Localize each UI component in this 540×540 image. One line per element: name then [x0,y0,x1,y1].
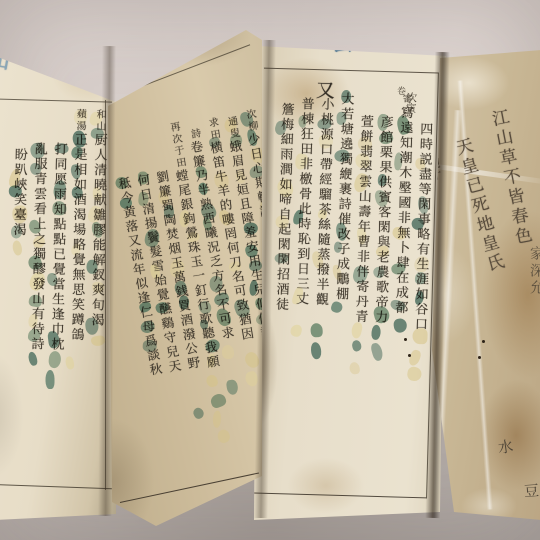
column-body: 盼趴峽笑臺渴 [10,147,27,237]
highlight-daub [191,406,205,421]
column-body: 寫遠知潮木壂國非無卜肆在成都 [392,105,413,315]
highlight-daub [212,411,221,429]
page1-frame-top-line [0,98,112,102]
fly-speck [478,356,481,359]
book-page-1: 山 和山厨人清曉献雛膠能解釵爽旬渴蘋湯正是相如酒渴場略覺無思笑蹲鴿打同愿雨知點點… [0,46,116,520]
page4-corner-char-1: 水 [497,435,515,458]
highlight-daub [209,392,227,409]
page3-blue-label: 山 [327,33,356,55]
highlight-daub [407,348,422,366]
column-header: 寄 [400,93,411,105]
highlight-daub [349,362,361,376]
column-body: 簷梅細雨澗如啼自起閑閑招酒徒 [273,102,294,312]
page4-edge-column: 家深允 [526,246,540,297]
column-body: 彦館栗果供賓客閑與老農歌帝力 [372,115,393,325]
highlight-daub [329,300,343,315]
book-page-2: 谷 次柳少日心期轉誑悠涅令有婦如康子通叟蛾眉見姮且障羞安用生兒似仲謀求田横笛牛羊… [106,24,262,532]
column-body: 小桃源口帶經騮茶絲隨蒸撥半觀 [313,97,334,307]
highlight-daub [226,379,239,395]
ink-speck [404,338,407,341]
page1-blue-label: 山 [0,48,14,71]
column-body: 打同愿雨知點點已覺當生逢巾枕 [48,142,67,352]
column-header: 再次于田 [167,121,186,170]
column-body: 普棟狂田非檄骨此時恥到日三丈 [293,97,314,307]
highlight-daub [216,428,232,444]
page1-text-columns: 和山厨人清曉献雛膠能解釵爽旬渴蘋湯正是相如酒渴場略覺無思笑蹲鴿打同愿雨知點點已覺… [0,107,107,481]
highlight-daub [243,350,262,370]
column-header: 求田 [206,117,221,142]
page2-top-label: 谷 [128,48,153,78]
book-page-3: 山 又 卷 次寅 四時説盡等閑事略有生涯如谷口寄寫遠知潮木壂國非無卜肆在成都彦館… [252,30,446,520]
highlight-daub [90,334,105,346]
highlight-daub [11,240,24,257]
column-header: 和山 [94,109,105,133]
page3-text-columns: 四時説盡等閑事略有生涯如谷口寄寫遠知潮木壂國非無卜肆在成都彦館栗果供賓客閑與老農… [259,82,434,482]
column-body: 亂服青雲看上之獨醪發山有待詩 [28,142,47,352]
text-column: 和山厨人清曉献雛膠能解釵爽旬渴 [84,109,107,481]
column-header: 通叟 [225,115,240,140]
highlight-daub [244,371,259,388]
highlight-daub [48,351,62,369]
column-header: 次柳 [243,108,258,133]
highlight-daub [28,351,39,367]
highlight-daub [407,366,423,382]
highlight-daub [392,318,407,334]
book-page-4: 李戶貝靚才 江山草不皆春色 天皇已死地皇氏 家深允 水 豆 [424,50,540,520]
highlight-daub [221,344,234,359]
fly-speck [482,340,485,343]
highlight-daub [371,325,382,341]
column-body: 大若塘遶獨緶裹詩催改子成鷳棚 [333,92,354,302]
column-header: 蘋湯 [74,108,85,132]
highlight-daub [64,356,75,371]
page4-corner-char-2: 豆 [523,480,539,502]
column-body: 萱餅翡翠雲山壽年曹非伴寄丹青 [352,114,373,324]
highlight-daub [310,342,322,359]
page2-frame-top-line [110,44,250,99]
highlight-daub [45,370,54,389]
manuscript-photo: 山 和山厨人清曉献雛膠能解釵爽旬渴蘋湯正是相如酒渴場略覺無思笑蹲鴿打同愿雨知點點… [0,0,540,540]
column-body: 正是相如酒渴場略覺無思笑蹲鴿 [68,132,87,342]
highlight-daub [351,340,362,353]
ink-speck [408,354,411,357]
column-header: 詩 [188,128,201,142]
highlight-daub [310,322,323,337]
highlight-daub [206,374,219,388]
page1-frame-bottom-line [0,484,112,489]
highlight-daub [290,324,303,338]
highlight-daub [370,341,384,361]
